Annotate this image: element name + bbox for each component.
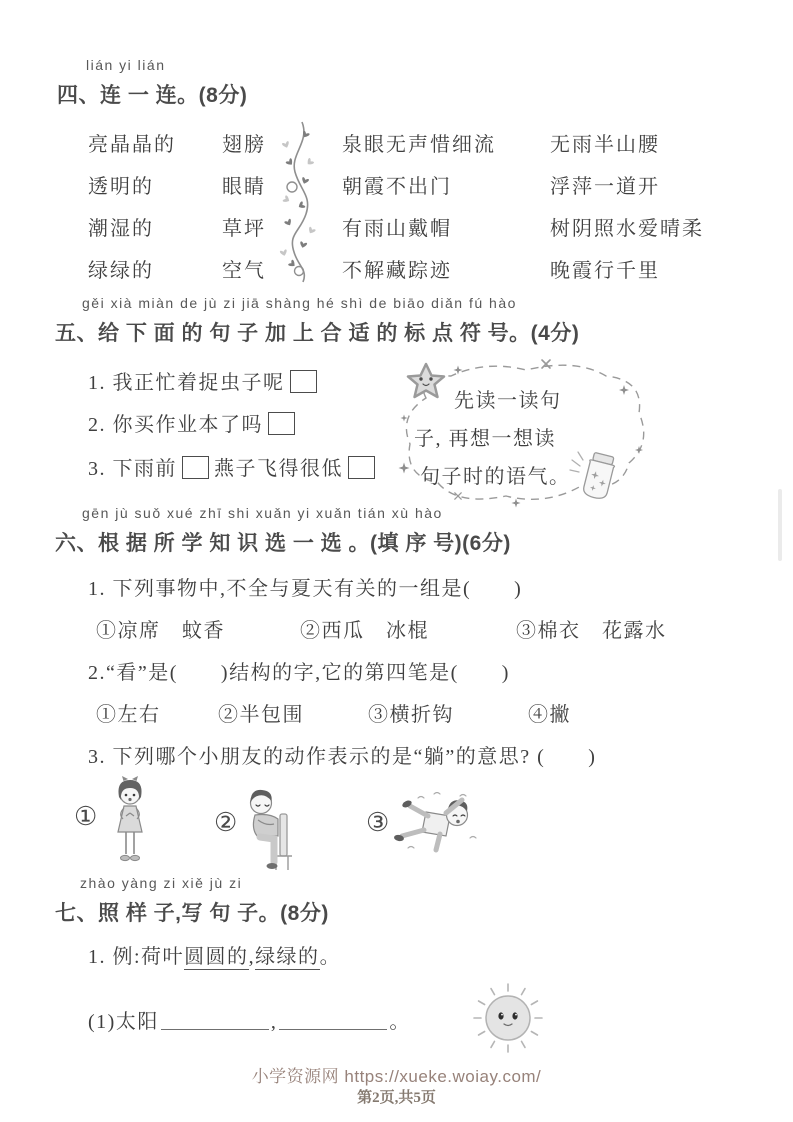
section7-pinyin: zhào yàng zi xiě jù zi — [80, 875, 242, 891]
section6-title: 六、根 据 所 学 知 识 选 一 选 。(填 序 号)(6分) — [55, 527, 511, 557]
scan-edge-artifact — [778, 489, 782, 561]
fill-in-sentence: (1)太阳,。 — [88, 1005, 411, 1034]
match-item: 晚霞行千里 — [550, 250, 704, 292]
match-item: 朝霞不出门 — [342, 166, 496, 208]
section7-title: 七、照 样 子,写 句 子。(8分) — [55, 897, 329, 927]
punctuation-answer-box — [290, 370, 317, 393]
punctuation-answer-box — [182, 456, 209, 479]
match-item: 树阴照水爱晴柔 — [550, 208, 704, 250]
question-2-option-4: ④撇 — [528, 698, 571, 727]
match-item: 有雨山戴帽 — [342, 208, 496, 250]
figure-label-1: ① — [74, 802, 97, 832]
question-1-option-3: ③棉衣 花露水 — [516, 614, 667, 643]
question-1-option-1: ①凉席 蚊香 — [96, 614, 225, 643]
section4-pinyin: lián yi lián — [86, 57, 165, 73]
example-sentence: 1. 例:荷叶圆圆的,绿绿的。 — [88, 940, 341, 969]
underlined-phrase: 绿绿的 — [255, 946, 320, 970]
punctuation-sentence-1: 1. 我正忙着捉虫子呢 — [88, 366, 317, 395]
match-item: 无雨半山腰 — [550, 124, 704, 166]
question-1: 1. 下列事物中,不全与夏天有关的一组是( ) — [88, 572, 522, 601]
girl-standing-illustration — [104, 776, 156, 870]
question-2-option-1: ①左右 — [96, 698, 161, 727]
jar-icon — [564, 446, 624, 508]
match-item: 草坪 — [222, 208, 266, 250]
answer-blank — [161, 1009, 269, 1030]
question-2: 2.“看”是( )结构的字,它的第四笔是( ) — [88, 656, 510, 685]
match-item: 透明的 — [88, 166, 176, 208]
section5-title: 五、给 下 面 的 句 子 加 上 合 适 的 标 点 符 号。(4分) — [55, 317, 579, 347]
sun-icon — [466, 976, 550, 1060]
match-item: 潮湿的 — [88, 208, 176, 250]
footer-page-number: 第2页,共5页 — [0, 1086, 793, 1107]
section6-pinyin: gēn jù suǒ xué zhī shi xuǎn yi xuǎn tián… — [82, 505, 443, 521]
boy-lying-illustration — [390, 792, 478, 858]
punctuation-answer-box — [268, 412, 295, 435]
star-charm-icon — [404, 360, 448, 404]
question-2-option-3: ③横折钩 — [368, 698, 454, 727]
punctuation-sentence-3: 3. 下雨前燕子飞得很低 — [88, 452, 375, 481]
match-column-proverb-right: 无雨半山腰 浮萍一道开 树阴照水爱晴柔 晚霞行千里 — [550, 124, 704, 292]
match-item: 翅膀 — [222, 124, 266, 166]
underlined-phrase: 圆圆的 — [184, 946, 249, 970]
vine-divider-icon — [278, 120, 320, 284]
question-3: 3. 下列哪个小朋友的动作表示的是“躺”的意思? ( ) — [88, 740, 596, 769]
match-column-nouns: 翅膀 眼睛 草坪 空气 — [222, 124, 266, 292]
match-item: 空气 — [222, 250, 266, 292]
match-item: 不解藏踪迹 — [342, 250, 496, 292]
figure-label-2: ② — [214, 808, 237, 838]
match-item: 亮晶晶的 — [88, 124, 176, 166]
punctuation-sentence-2: 2. 你买作业本了吗 — [88, 408, 295, 437]
footer-site-link: 小学资源网 https://xueke.woiay.com/ — [0, 1062, 793, 1087]
boy-sitting-illustration — [238, 786, 300, 874]
figure-label-3: ③ — [366, 808, 389, 838]
exam-page: lián yi lián 四、连 一 连。(8分) 亮晶晶的 透明的 潮湿的 绿… — [0, 0, 793, 1122]
hint-text: 先读一读句 子, 再想一想读 句子时的语气。 — [454, 382, 571, 496]
answer-blank — [279, 1009, 387, 1030]
question-1-option-2: ②西瓜 冰棍 — [300, 614, 429, 643]
match-item: 浮萍一道开 — [550, 166, 704, 208]
match-item: 绿绿的 — [88, 250, 176, 292]
section4-title: 四、连 一 连。(8分) — [57, 79, 247, 109]
section5-pinyin: gěi xià miàn de jù zi jiā shàng hé shì d… — [82, 295, 517, 311]
match-item: 泉眼无声惜细流 — [342, 124, 496, 166]
question-2-option-2: ②半包围 — [218, 698, 304, 727]
match-column-proverb-left: 泉眼无声惜细流 朝霞不出门 有雨山戴帽 不解藏踪迹 — [342, 124, 496, 292]
hint-bubble: 先读一读句 子, 再想一想读 句子时的语气。 — [396, 358, 654, 508]
match-column-adjectives: 亮晶晶的 透明的 潮湿的 绿绿的 — [88, 124, 176, 292]
match-item: 眼睛 — [222, 166, 266, 208]
punctuation-answer-box — [348, 456, 375, 479]
